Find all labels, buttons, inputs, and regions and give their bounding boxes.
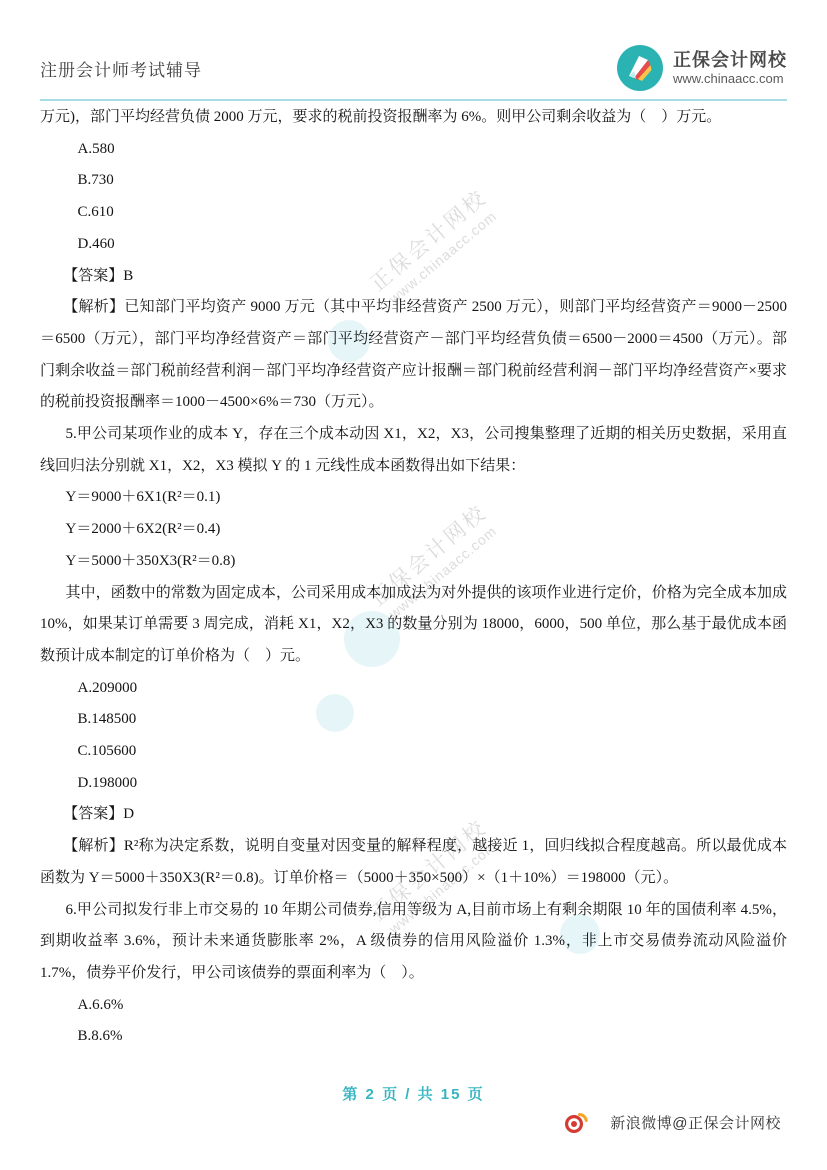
document-content: 万元)，部门平均经营负债 2000 万元，要求的税前投资报酬率为 6%。则甲公司…	[40, 102, 787, 1053]
q5-option-b: B.148500	[40, 704, 787, 736]
q6-option-b: B.8.6%	[40, 1021, 787, 1053]
q5-formula-1: Y＝9000＋6X1(R²＝0.1)	[40, 482, 787, 514]
q4-stem-continuation: 万元)，部门平均经营负债 2000 万元，要求的税前投资报酬率为 6%。则甲公司…	[40, 102, 787, 134]
document-page: 正保会计网校 www.chinaacc.com 正保会计网校 www.china…	[0, 0, 827, 1170]
brand-text: 正保会计网校 www.chinaacc.com	[673, 49, 787, 88]
q4-option-d: D.460	[40, 229, 787, 261]
q6-stem: 6.甲公司拟发行非上市交易的 10 年期公司债券,信用等级为 A,目前市场上有剩…	[40, 895, 787, 990]
page-indicator: 第 2 页 / 共 15 页	[0, 1083, 827, 1104]
q4-answer: 【答案】B	[40, 261, 787, 293]
q4-analysis: 【解析】已知部门平均资产 9000 万元（其中平均非经营资产 2500 万元），…	[40, 292, 787, 419]
q4-option-c: C.610	[40, 197, 787, 229]
weibo-account-label: 新浪微博@正保会计网校	[610, 1112, 781, 1133]
q5-formula-3: Y＝5000＋350X3(R²＝0.8)	[40, 546, 787, 578]
brand-block: 正保会计网校 www.chinaacc.com	[617, 45, 787, 91]
q5-option-c: C.105600	[40, 736, 787, 768]
q4-option-b: B.730	[40, 165, 787, 197]
q5-stem: 5.甲公司某项作业的成本 Y，存在三个成本动因 X1，X2，X3，公司搜集整理了…	[40, 419, 787, 482]
weibo-row: 新浪微博@正保会计网校	[563, 1108, 781, 1136]
brand-logo-icon	[617, 45, 663, 91]
q5-answer: 【答案】D	[40, 799, 787, 831]
q5-formula-2: Y＝2000＋6X2(R²＝0.4)	[40, 514, 787, 546]
brand-url: www.chinaacc.com	[673, 71, 787, 87]
weibo-icon	[563, 1109, 589, 1135]
page-header: 注册会计师考试辅导 正保会计网校 www.chinaacc.com	[40, 38, 787, 98]
q5-option-d: D.198000	[40, 768, 787, 800]
header-divider	[40, 99, 787, 101]
q5-option-a: A.209000	[40, 673, 787, 705]
q5-stem-part2: 其中，函数中的常数为固定成本，公司采用成本加成法为对外提供的该项作业进行定价，价…	[40, 578, 787, 673]
q6-option-a: A.6.6%	[40, 990, 787, 1022]
document-title: 注册会计师考试辅导	[40, 56, 202, 81]
brand-name: 正保会计网校	[673, 49, 787, 72]
q4-option-a: A.580	[40, 134, 787, 166]
q5-analysis: 【解析】R²称为决定系数，说明自变量对因变量的解释程度，越接近 1，回归线拟合程…	[40, 831, 787, 894]
